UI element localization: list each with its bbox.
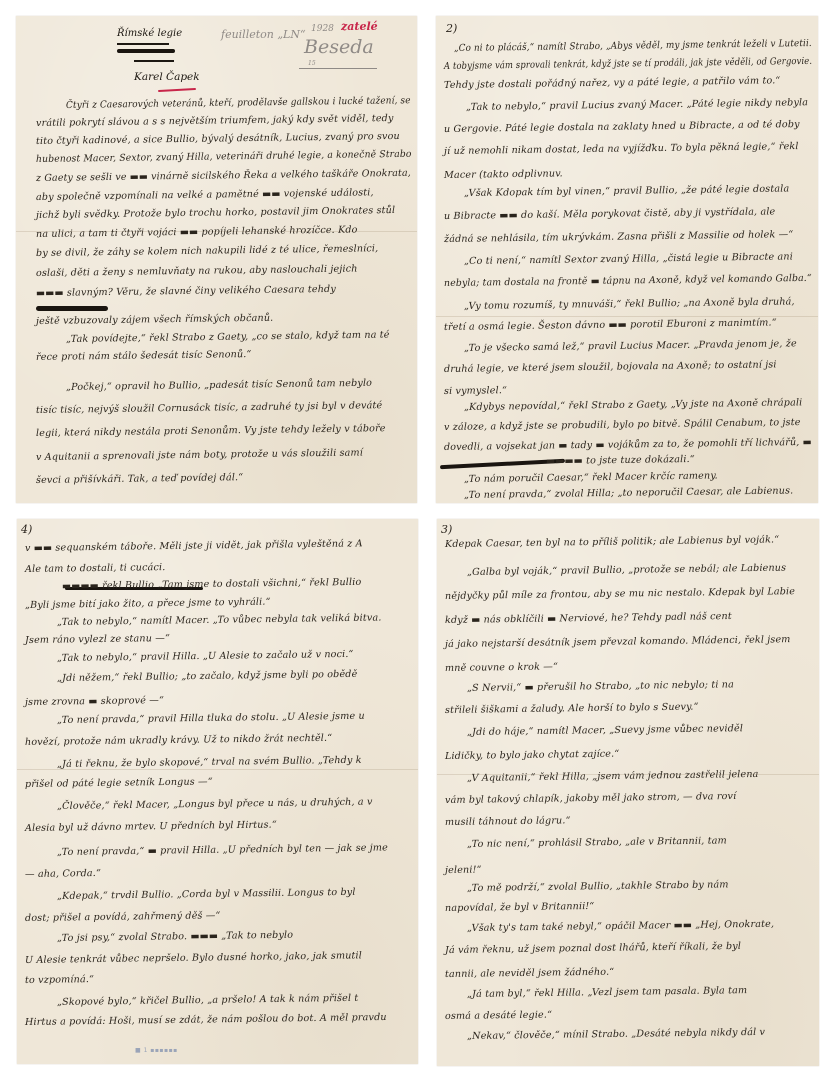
text-line: nějdyčky půl míle za frontou, aby se mu … (445, 586, 795, 602)
manuscript-page-4: 4) v ▬▬ sequanském táboře. Měli jste ji … (17, 519, 418, 1064)
text-line: Kdepak Caesar, ten byl na to příliš poli… (445, 534, 779, 550)
text-line: dovedli, a vojsekat jan ▬ tady ▬ vojákům… (444, 437, 812, 453)
text-line: třetí a osmá legie. Šeston dávno ▬▬ poro… (444, 317, 777, 333)
text-line: já jako nejstarší desátník jsem převzal … (445, 634, 791, 650)
text-line: jichž byli svědky. Protože bylo trochu h… (36, 205, 395, 221)
text-line: „Tak to nebylo,“ pravil Hilla. „U Alesie… (57, 649, 354, 664)
text-line: „To jsi psy,“ zvolal Strabo. ▬▬▬ „Tak to… (57, 930, 293, 944)
text-line: osmá a desáté legie.“ (445, 1010, 552, 1022)
text-line: jsme zrovna ▬ skoprové —“ (25, 695, 164, 708)
text-line: „Já ti řeknu, že bylo skopové,“ trval na… (57, 755, 362, 770)
text-line: ▬▬▬ slavným? Věru, že slavné činy veliké… (36, 284, 336, 299)
text-line: když ▬ nás obklíčili ▬ Nerviové, he? Teh… (445, 611, 732, 626)
text-line: „Tak to nebylo,“ namítl Macer. „To vůbec… (57, 612, 382, 628)
text-line: žádná se nehlásila, tím ukrývkám. Zasna … (444, 229, 794, 245)
text-line: řece proti nám stálo šedesát tisíc Senon… (36, 349, 252, 363)
text-line: Tehdy jste dostali pořádný nařez, vy a p… (444, 75, 781, 91)
text-line: napovídal, že byl v Britannii!“ (445, 901, 595, 914)
manuscript-page-3: 3) Kdepak Caesar, ten byl na to příliš p… (437, 519, 819, 1066)
text-line: „Skopové bylo,“ křičel Bullio, „a pršelo… (57, 993, 358, 1008)
red-underline (158, 88, 196, 92)
text-line: „To nic není,“ prohlásil Strabo, „ale v … (467, 835, 727, 850)
text-line: „To mě podrží,“ zvolal Bullio, „takhle S… (467, 879, 729, 894)
text-line: mně couvne o krok —“ (445, 661, 558, 674)
text-line: z Gaety se sešli ve ▬▬ vinárně sicilskéh… (36, 168, 411, 184)
page-number: 4) (21, 523, 32, 536)
text-line: „Co ti není,“ namítl Sextor zvaný Hilla,… (464, 251, 793, 267)
text-line: Lidičky, to bylo jako chytat zajíce.“ (445, 749, 620, 762)
text-line: vám byl takový chlapík, jakoby měl jako … (445, 791, 736, 806)
text-line: „S Nervii,“ ▬ přerušil ho Strabo, „to ni… (467, 679, 734, 694)
manuscript-page-2: 2) „Co ni to plácáš,“ namítl Strabo, „Ab… (436, 16, 818, 503)
red-note: zatelé (341, 20, 378, 33)
text-line: „To nám poručil Caesar,“ řekl Macer krčí… (464, 470, 718, 485)
text-line: „Galba byl voják,“ pravil Bullio, „proto… (467, 563, 786, 578)
strikethrough (117, 49, 175, 53)
pencil-mark: 15 (308, 60, 316, 67)
pencil-underline (299, 68, 377, 69)
text-line: „V Aquitanii,“ řekl Hilla, „jsem vám jed… (467, 769, 759, 784)
page-number: 3) (441, 523, 452, 536)
text-line: „Byli jsme bití jako žito, a přece jsme … (25, 597, 271, 611)
text-line: „Kdepak,“ trvdil Bullio. „Corda byl v Ma… (57, 887, 356, 902)
manuscript-page-1: Římské legie Karel Čapek feuilleton „LN“… (16, 16, 417, 503)
text-line: „Já tam byl,“ řekl Hilla. „Vezl jsem tam… (467, 985, 747, 1000)
text-line: tito čtyři kadinové, a sice Bullio, býva… (36, 131, 400, 147)
text-line: U Alesie tenkrát vůbec nepršelo. Bylo du… (25, 950, 362, 966)
text-line: „Jdi do háje,“ namítl Macer, „Suevy jsme… (467, 723, 743, 738)
archive-stamp: ■ 1 ▪▪▪▪▪▪ (135, 1047, 178, 1054)
text-line: nebyla; tam dostala na frontě ▬ tápnu na… (444, 273, 812, 289)
title-underline (134, 60, 174, 62)
text-line: ještě vzbuzovaly zájem všech římských ob… (36, 313, 273, 327)
text-line: legii, která nikdy nestála proti Senonům… (36, 423, 386, 439)
text-line: vrátili pokrytí slávou a s s největším t… (36, 113, 394, 129)
text-line: „Kdybys nepovídal,“ řekl Strabo z Gaety,… (464, 397, 803, 413)
text-line: — aha, Corda.“ (25, 868, 101, 880)
text-line: „To není pravda,“ pravil Hilla tluka do … (57, 711, 365, 726)
text-line: oslaši, děti a ženy s nemluvňaty na ruko… (36, 264, 358, 279)
text-line: ▬▬▬▬ řekl Bullio „Tam jsme to dostali vš… (62, 577, 362, 592)
text-line: „Nekav,“ člověče,“ mínil Strabo. „Desáté… (467, 1027, 765, 1042)
text-line: „Však ty's tam také nebyl,“ opáčil Macer… (467, 919, 774, 934)
text-line: střileli šiškami a žaludy. Ale horší to … (445, 701, 699, 716)
text-line: přišel od páté legie setník Longus —“ (25, 776, 213, 790)
text-line: jeleni!“ (445, 864, 482, 876)
text-line: tisíc tisíc, nejvýš sloužil Cornusáck ti… (36, 400, 382, 416)
text-line: u Gergovie. Páté legie dostala na zaklat… (444, 119, 800, 135)
text-line: na ulici, a tam ti čtyři vojáci ▬▬ popíj… (36, 225, 358, 240)
pencil-note: feuilleton „LN“ (221, 28, 306, 41)
text-line: Hirtus a povídá: Hoši, musí se zdát, že … (25, 1012, 387, 1028)
text-line: druhá legie, ve které jsem sloužil, bojo… (444, 359, 777, 375)
manuscript-title: Římské legie (117, 28, 182, 39)
pencil-year: 1928 (311, 24, 334, 34)
text-line: to vzpomíná.“ (25, 974, 94, 986)
text-line: „To je všecko samá lež,“ pravil Lucius M… (464, 338, 797, 354)
text-line: hovězí, protože nám ukradly krávy. Už to… (25, 733, 332, 748)
manuscript-author: Karel Čapek (134, 71, 200, 83)
text-line: „Co ni to plácáš,“ namítl Strabo, „Abys … (454, 38, 812, 54)
text-line: si vymyslel.“ (444, 385, 507, 397)
text-line: dost; přišel a povídá, zahřmený děš —“ (25, 910, 221, 924)
text-line: Ale tam to dostali, ti cucáci. (25, 562, 166, 575)
text-line: „Počkej,“ opravil ho Bullio, „padesát ti… (66, 378, 372, 393)
strikethrough (36, 306, 108, 311)
text-line: tannii, ale neviděl jsem žádného.“ (445, 967, 614, 980)
text-line: „To není pravda,“ zvolal Hilla; „to nepo… (464, 485, 793, 501)
text-line: Alesia byl už dávno mrtev. U předních by… (25, 819, 277, 834)
text-line: aby společně vzpomínali na velké a pamět… (36, 187, 374, 203)
text-line: „Tak povídejte,“ řekl Strabo z Gaety, „c… (66, 329, 390, 345)
pencil-title: Besedа (304, 36, 374, 58)
text-line: A tobyjsme vám sprovali tenkrát, když js… (444, 56, 812, 72)
text-line: v Aquitanii a sprenovali jste nám boty, … (36, 447, 363, 463)
text-line: Macer (takto odplivnuv. (444, 168, 563, 181)
text-line: ševci a přišívkáři. Tak, a teď povídej d… (36, 472, 243, 486)
title-underline (117, 43, 169, 45)
page-number: 2) (446, 22, 457, 35)
text-line: „Vy tomu rozumíš, ty mnuváši,“ řekl Bull… (464, 296, 795, 312)
text-line: Já vám řeknu, už jsem poznal dost lhářů,… (445, 941, 741, 956)
text-line: „Však Kdopak tím byl vinen,“ pravil Bull… (464, 183, 789, 199)
text-line: by se divil, že záhy se kolem nich nakup… (36, 243, 378, 259)
text-line: hubenost Macer, Sextor, zvaný Hilla, vet… (36, 149, 412, 165)
text-line: jí už nemohli nikam dostat, leda na vyjí… (444, 141, 799, 157)
text-line: Čtyři z Caesarových veteránů, kteří, pro… (66, 95, 411, 111)
text-line: „Člověče,“ řekl Macer, „Longus byl přece… (57, 797, 373, 812)
text-line: Jsem ráno vylezl ze stanu —“ (25, 633, 170, 646)
text-line: „Tak to nebylo,“ pravil Lucius zvaný Mac… (466, 97, 808, 113)
text-line: musili táhnout do lágru.“ (445, 815, 571, 828)
text-line: ▬▬▬▬ to jste tuze dokázali.“ (546, 454, 695, 467)
text-line: „To není pravda,“ ▬ pravil Hilla. „U pře… (57, 842, 388, 858)
text-line: „Jdi něžem,“ řekl Bullio; „to začalo, kd… (57, 669, 358, 684)
text-line: v záloze, a když jste se probudili, bylo… (444, 417, 801, 433)
text-line: u Bibracte ▬▬ do kaší. Měla porykovat či… (444, 206, 775, 222)
text-line: v ▬▬ sequanském táboře. Měli jste ji vid… (25, 538, 363, 554)
